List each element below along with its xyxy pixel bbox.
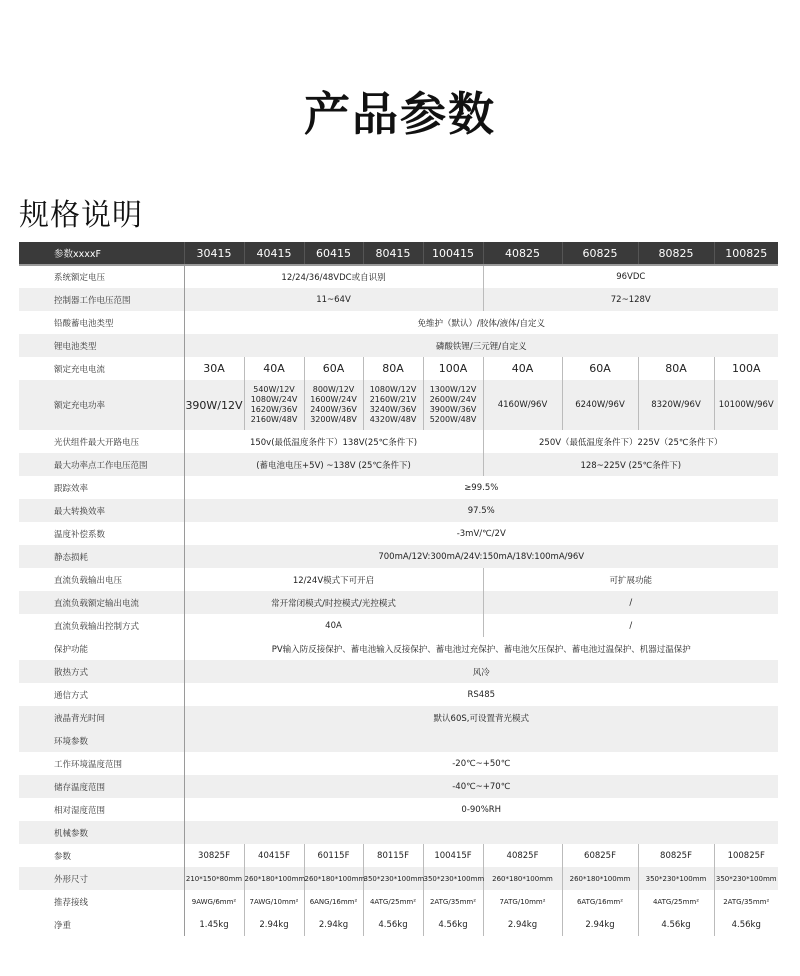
cell-value: 11~64V xyxy=(184,288,483,311)
cell-value: 6ANG/16mm² xyxy=(304,890,363,913)
cell-value: 1300W/12V 2600W/24V 3900W/36V 5200W/48V xyxy=(423,380,483,430)
cell-value: 7AWG/10mm² xyxy=(244,890,304,913)
cell-value: 40A xyxy=(244,357,304,380)
cell-value: 1.45kg xyxy=(184,913,244,936)
power-line: 1600W/24V xyxy=(305,395,363,405)
row-label: 液晶背光时间 xyxy=(19,706,184,729)
cell-value: 12/24/36/48VDC或自识别 xyxy=(184,265,483,288)
header-label: 参数xxxxF xyxy=(19,242,184,265)
table-row: 通信方式 RS485 xyxy=(19,683,778,706)
cell-value: -20℃~+50℃ xyxy=(184,752,778,775)
cell-value: 80A xyxy=(638,357,714,380)
power-line: 540W/12V xyxy=(245,385,304,395)
table-row: 净重 1.45kg 2.94kg 2.94kg 4.56kg 4.56kg 2.… xyxy=(19,913,778,936)
cell-value: 6ATG/16mm² xyxy=(562,890,638,913)
cell-value: (蓄电池电压+5V) ~138V (25℃条件下) xyxy=(184,453,483,476)
table-row: 保护功能 PV输入防反接保护、蓄电池输入反接保护、蓄电池过充保护、蓄电池欠压保护… xyxy=(19,637,778,660)
table-row: 外形尺寸 210*150*80mm 260*180*100mm 260*180*… xyxy=(19,867,778,890)
cell-value: 60A xyxy=(304,357,363,380)
power-line: 2160W/48V xyxy=(245,415,304,425)
cell-value: 700mA/12V:300mA/24V:150mA/18V:100mA/96V xyxy=(184,545,778,568)
header-model: 40415 xyxy=(244,242,304,265)
cell-value: 40A xyxy=(184,614,483,637)
table-row: 锂电池类型 磷酸铁锂/三元锂/自定义 xyxy=(19,334,778,357)
row-label: 最大转换效率 xyxy=(19,499,184,522)
cell-value: 2ATG/35mm² xyxy=(714,890,778,913)
cell-value: 350*230*100mm xyxy=(423,867,483,890)
power-line: 800W/12V xyxy=(305,385,363,395)
cell-value: 2.94kg xyxy=(483,913,562,936)
cell-value: 97.5% xyxy=(184,499,778,522)
row-label: 机械参数 xyxy=(19,821,184,844)
cell-value: 4.56kg xyxy=(714,913,778,936)
power-line: 3240W/36V xyxy=(364,405,423,415)
cell-value: 72~128V xyxy=(483,288,778,311)
cell-value: 2.94kg xyxy=(562,913,638,936)
power-line: 5200W/48V xyxy=(424,415,483,425)
cell-value: 7ATG/10mm² xyxy=(483,890,562,913)
cell-value: 0-90%RH xyxy=(184,798,778,821)
row-label: 直流负载输出控制方式 xyxy=(19,614,184,637)
row-label: 温度补偿系数 xyxy=(19,522,184,545)
row-label: 参数 xyxy=(19,844,184,867)
cell-value: 40415F xyxy=(244,844,304,867)
table-row: 环境参数 xyxy=(19,729,778,752)
cell-value: 100A xyxy=(714,357,778,380)
cell-value: 260*180*100mm xyxy=(483,867,562,890)
power-line: 4320W/48V xyxy=(364,415,423,425)
row-label: 直流负载输出电压 xyxy=(19,568,184,591)
header-model: 40825 xyxy=(483,242,562,265)
row-label: 跟踪效率 xyxy=(19,476,184,499)
cell-value: 9AWG/6mm² xyxy=(184,890,244,913)
cell-value: RS485 xyxy=(184,683,778,706)
power-line: 1080W/12V xyxy=(364,385,423,395)
cell-value: 常开常闭模式/时控模式/光控模式 xyxy=(184,591,483,614)
table-row: 最大转换效率 97.5% xyxy=(19,499,778,522)
cell-value: 350*230*100mm xyxy=(714,867,778,890)
cell-value xyxy=(184,729,778,752)
cell-value: 96VDC xyxy=(483,265,778,288)
cell-value: PV输入防反接保护、蓄电池输入反接保护、蓄电池过充保护、蓄电池欠压保护、蓄电池过… xyxy=(184,637,778,660)
cell-value: 150v(最低温度条件下）138V(25℃条件下) xyxy=(184,430,483,453)
table-row: 控制器工作电压范围 11~64V 72~128V xyxy=(19,288,778,311)
cell-value: 30825F xyxy=(184,844,244,867)
cell-value: 默认60S,可设置背光模式 xyxy=(184,706,778,729)
table-row: 机械参数 xyxy=(19,821,778,844)
row-label: 工作环境温度范围 xyxy=(19,752,184,775)
power-line: 2400W/36V xyxy=(305,405,363,415)
table-row: 直流负载输出控制方式 40A / xyxy=(19,614,778,637)
cell-value: 390W/12V xyxy=(184,380,244,430)
cell-value: 80825F xyxy=(638,844,714,867)
header-model: 80415 xyxy=(363,242,423,265)
table-row: 跟踪效率 ≥99.5% xyxy=(19,476,778,499)
cell-value: 40A xyxy=(483,357,562,380)
table-row: 额定充电功率 390W/12V 540W/12V 1080W/24V 1620W… xyxy=(19,380,778,430)
cell-value: 60115F xyxy=(304,844,363,867)
row-label: 保护功能 xyxy=(19,637,184,660)
cell-value: 1080W/12V 2160W/21V 3240W/36V 4320W/48V xyxy=(363,380,423,430)
header-model: 30415 xyxy=(184,242,244,265)
cell-value: / xyxy=(483,614,778,637)
cell-value: 540W/12V 1080W/24V 1620W/36V 2160W/48V xyxy=(244,380,304,430)
power-line: 2600W/24V xyxy=(424,395,483,405)
row-label: 相对湿度范围 xyxy=(19,798,184,821)
cell-value: / xyxy=(483,591,778,614)
row-label: 净重 xyxy=(19,913,184,936)
row-label: 额定充电功率 xyxy=(19,380,184,430)
cell-value: 6240W/96V xyxy=(562,380,638,430)
cell-value: 8320W/96V xyxy=(638,380,714,430)
table-row: 温度补偿系数 -3mV/℃/2V xyxy=(19,522,778,545)
table-row: 储存温度范围 -40℃~+70℃ xyxy=(19,775,778,798)
cell-value: 40825F xyxy=(483,844,562,867)
cell-value: ≥99.5% xyxy=(184,476,778,499)
table-row: 相对湿度范围 0-90%RH xyxy=(19,798,778,821)
cell-value: 60A xyxy=(562,357,638,380)
section-title: 规格说明 xyxy=(19,190,143,234)
row-label: 光伏组件最大开路电压 xyxy=(19,430,184,453)
cell-value: 260*180*100mm xyxy=(304,867,363,890)
table-row: 系统额定电压 12/24/36/48VDC或自识别 96VDC xyxy=(19,265,778,288)
cell-value: 2.94kg xyxy=(244,913,304,936)
cell-value: 100825F xyxy=(714,844,778,867)
cell-value: 100A xyxy=(423,357,483,380)
cell-value: 磷酸铁锂/三元锂/自定义 xyxy=(184,334,778,357)
cell-value: 60825F xyxy=(562,844,638,867)
header-model: 60825 xyxy=(562,242,638,265)
row-label: 控制器工作电压范围 xyxy=(19,288,184,311)
row-label: 最大功率点工作电压范围 xyxy=(19,453,184,476)
header-model: 80825 xyxy=(638,242,714,265)
row-label: 锂电池类型 xyxy=(19,334,184,357)
page-title: 产品参数 xyxy=(0,78,800,144)
cell-value: 250V（最低温度条件下）225V（25℃条件下） xyxy=(483,430,778,453)
power-line: 1620W/36V xyxy=(245,405,304,415)
row-label: 散热方式 xyxy=(19,660,184,683)
table-row: 铅酸蓄电池类型 免维护（默认）/胶体/液体/自定义 xyxy=(19,311,778,334)
table-row: 推荐接线 9AWG/6mm² 7AWG/10mm² 6ANG/16mm² 4AT… xyxy=(19,890,778,913)
table-row: 液晶背光时间 默认60S,可设置背光模式 xyxy=(19,706,778,729)
table-header-row: 参数xxxxF 30415 40415 60415 80415 100415 4… xyxy=(19,242,778,265)
cell-value: 4160W/96V xyxy=(483,380,562,430)
cell-value: 4ATG/25mm² xyxy=(363,890,423,913)
row-label: 直流负载额定输出电流 xyxy=(19,591,184,614)
table-row: 散热方式 风冷 xyxy=(19,660,778,683)
cell-value: 10100W/96V xyxy=(714,380,778,430)
table-row: 静态损耗 700mA/12V:300mA/24V:150mA/18V:100mA… xyxy=(19,545,778,568)
cell-value: 100415F xyxy=(423,844,483,867)
cell-value: 128~225V (25℃条件下) xyxy=(483,453,778,476)
cell-value: 4ATG/25mm² xyxy=(638,890,714,913)
header-model: 100415 xyxy=(423,242,483,265)
table-row: 额定充电电流 30A 40A 60A 80A 100A 40A 60A 80A … xyxy=(19,357,778,380)
cell-value: 风冷 xyxy=(184,660,778,683)
cell-value: 260*180*100mm xyxy=(562,867,638,890)
cell-value: 4.56kg xyxy=(638,913,714,936)
cell-value: 12/24V模式下可开启 xyxy=(184,568,483,591)
cell-value: 2.94kg xyxy=(304,913,363,936)
row-label: 推荐接线 xyxy=(19,890,184,913)
cell-value: 210*150*80mm xyxy=(184,867,244,890)
spec-table: 参数xxxxF 30415 40415 60415 80415 100415 4… xyxy=(19,242,778,936)
cell-value: 4.56kg xyxy=(363,913,423,936)
table-row: 光伏组件最大开路电压 150v(最低温度条件下）138V(25℃条件下) 250… xyxy=(19,430,778,453)
row-label: 静态损耗 xyxy=(19,545,184,568)
cell-value: -40℃~+70℃ xyxy=(184,775,778,798)
power-line: 1080W/24V xyxy=(245,395,304,405)
cell-value: 800W/12V 1600W/24V 2400W/36V 3200W/48V xyxy=(304,380,363,430)
table-row: 参数 30825F 40415F 60115F 80115F 100415F 4… xyxy=(19,844,778,867)
power-line: 3200W/48V xyxy=(305,415,363,425)
row-label: 储存温度范围 xyxy=(19,775,184,798)
row-label: 系统额定电压 xyxy=(19,265,184,288)
table-row: 直流负载额定输出电流 常开常闭模式/时控模式/光控模式 / xyxy=(19,591,778,614)
cell-value: 350*230*100mm xyxy=(363,867,423,890)
row-label: 环境参数 xyxy=(19,729,184,752)
cell-value: 350*230*100mm xyxy=(638,867,714,890)
header-model: 100825 xyxy=(714,242,778,265)
cell-value: 80A xyxy=(363,357,423,380)
cell-value: -3mV/℃/2V xyxy=(184,522,778,545)
row-label: 外形尺寸 xyxy=(19,867,184,890)
cell-value: 80115F xyxy=(363,844,423,867)
cell-value: 30A xyxy=(184,357,244,380)
power-line: 1300W/12V xyxy=(424,385,483,395)
cell-value: 2ATG/35mm² xyxy=(423,890,483,913)
table-row: 最大功率点工作电压范围 (蓄电池电压+5V) ~138V (25℃条件下) 12… xyxy=(19,453,778,476)
power-line: 3900W/36V xyxy=(424,405,483,415)
row-label: 通信方式 xyxy=(19,683,184,706)
table-row: 工作环境温度范围 -20℃~+50℃ xyxy=(19,752,778,775)
table-row: 直流负载输出电压 12/24V模式下可开启 可扩展功能 xyxy=(19,568,778,591)
cell-value xyxy=(184,821,778,844)
cell-value: 260*180*100mm xyxy=(244,867,304,890)
cell-value: 4.56kg xyxy=(423,913,483,936)
row-label: 额定充电电流 xyxy=(19,357,184,380)
header-model: 60415 xyxy=(304,242,363,265)
power-line: 2160W/21V xyxy=(364,395,423,405)
row-label: 铅酸蓄电池类型 xyxy=(19,311,184,334)
cell-value: 免维护（默认）/胶体/液体/自定义 xyxy=(184,311,778,334)
cell-value: 可扩展功能 xyxy=(483,568,778,591)
